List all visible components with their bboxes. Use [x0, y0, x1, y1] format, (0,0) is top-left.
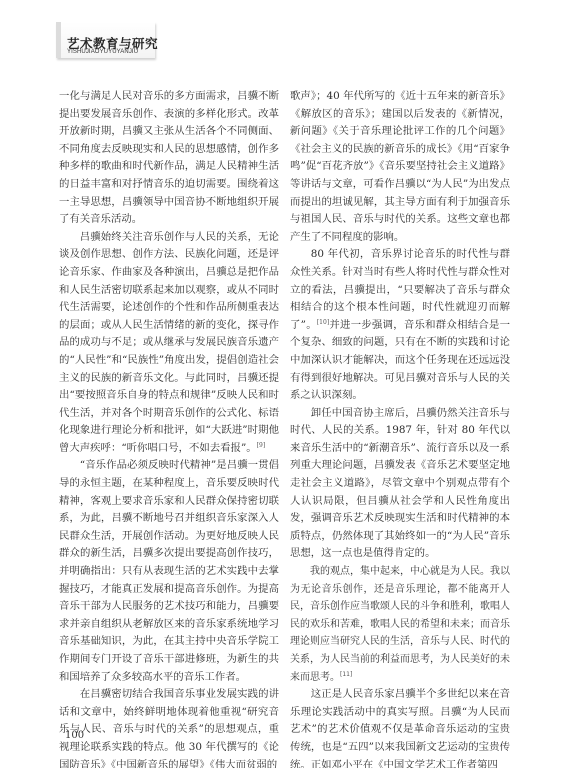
- paragraph: 吕骥始终关注音乐创作与人民的关系，无论谈及创作思想、创作方法、民族化问题，还是评…: [59, 229, 279, 458]
- journal-pinyin: YISHUJIAOYUYUYANJIU: [67, 49, 138, 55]
- paragraph: 这正是人民音乐家吕骥半个多世纪以来在音乐理论实践活动中的真实写照。吕骥“为人民而…: [290, 686, 510, 768]
- paragraph: 在吕骥密切结合我国音乐事业发展实践的讲话和文章中，始终鲜明地体现着他重视“研究音…: [59, 686, 279, 768]
- journal-header: 艺术教育与研究 YISHUJIAOYUYUYANJIU: [56, 22, 155, 58]
- paragraph: “音乐作品必须反映时代精神”是吕骥一贯倡导的永恒主题，在某种程度上，音乐要反映时…: [59, 457, 279, 686]
- block-quote: 我的观点，集中起来，中心就是为人民。我以为无论音乐创作，还是音乐理论，都不能离开…: [290, 563, 510, 686]
- paragraph: 一化与满足人民对音乐的多方面需求，吕骥不断提出要发展音乐创作、表演的多样化形式。…: [59, 88, 279, 229]
- page-number: 100: [65, 730, 84, 741]
- citation-ref: [11]: [340, 671, 352, 678]
- right-column: 歌声》；40 年代所写的《近十五年来的新音乐》《解放区的音乐》；建国以后发表的《…: [290, 88, 510, 768]
- paragraph: 歌声》；40 年代所写的《近十五年来的新音乐》《解放区的音乐》；建国以后发表的《…: [290, 88, 510, 246]
- paragraph: 卸任中国音协主席后，吕骥仍然关注音乐与时代、人民的关系。1987 年，针对 80…: [290, 405, 510, 563]
- citation-ref: [10]: [317, 319, 329, 326]
- left-column: 一化与满足人民对音乐的多方面需求，吕骥不断提出要发展音乐创作、表演的多样化形式。…: [59, 88, 279, 768]
- citation-ref: [9]: [257, 442, 266, 449]
- paragraph: 80 年代初，音乐界讨论音乐的时代性与群众性关系。针对当时有些人将时代性与群众性…: [290, 246, 510, 404]
